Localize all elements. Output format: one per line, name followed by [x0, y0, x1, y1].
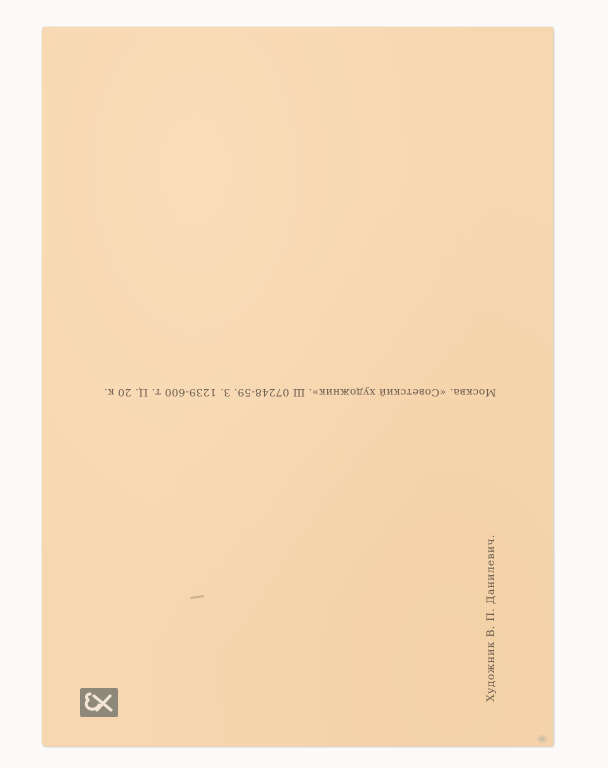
publisher-logo-icon: [80, 688, 118, 717]
publisher-imprint-line: Москва. «Советский художник». Ш 07248-59…: [72, 386, 528, 398]
scan-background: Москва. «Советский художник». Ш 07248-59…: [0, 0, 608, 768]
corner-wear: [536, 734, 548, 744]
artist-credit: Художник В. П. Данилевич.: [485, 518, 499, 718]
